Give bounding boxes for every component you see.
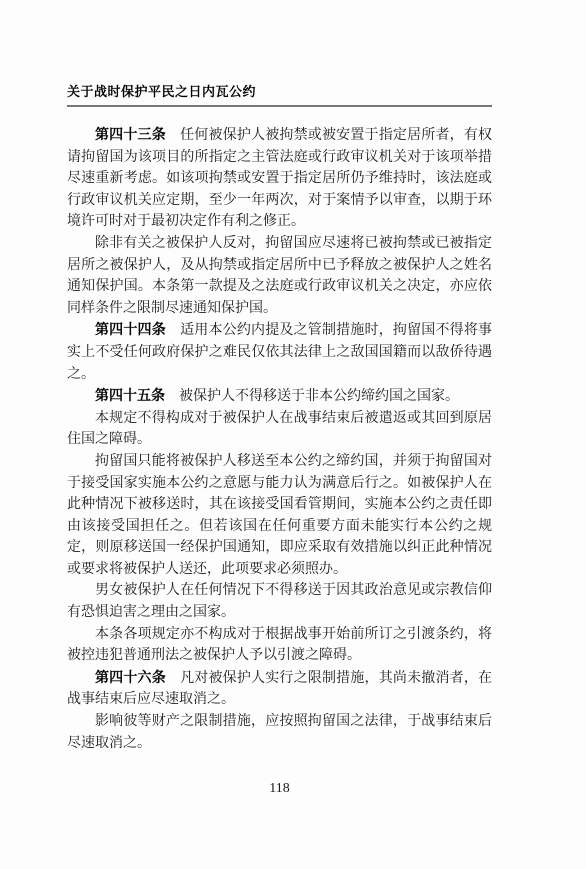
- article-number: 第四十三条: [95, 126, 166, 142]
- document-page: 关于战时保护平民之日内瓦公约 第四十三条 任何被保护人被拘禁或被安置于指定居所者…: [0, 0, 586, 869]
- article-number: 第四十五条: [95, 387, 165, 403]
- running-header: 关于战时保护平民之日内瓦公约: [67, 85, 492, 107]
- paragraph: 除非有关之被保护人反对，拘留国应尽速将已被拘禁或已被指定居所之被保护人，及从拘禁…: [67, 233, 492, 319]
- article-number: 第四十六条: [95, 669, 166, 685]
- paragraph: 第四十三条 任何被保护人被拘禁或被安置于指定居所者，有权请拘留国为该项目的所指定…: [67, 124, 492, 233]
- paragraph: 第四十四条 适用本公约内提及之管制措施时，拘留国不得将事实上不受任何政府保护之难…: [67, 319, 492, 385]
- paragraph: 第四十六条 凡对被保护人实行之限制措施，其尚未撤消者，在战事结束后应尽速取消之。: [67, 667, 492, 711]
- document-body: 第四十三条 任何被保护人被拘禁或被安置于指定居所者，有权请拘留国为该项目的所指定…: [67, 124, 492, 754]
- paragraph: 男女被保护人在任何情况下不得移送于因其政治意见或宗教信仰有恐惧迫害之理由之国家。: [67, 580, 492, 623]
- paragraph: 影响彼等财产之限制措施，应按照拘留国之法律，于战事结束后尽速取消之。: [67, 711, 492, 754]
- paragraph: 拘留国只能将被保护人移送至本公约之缔约国，并须于拘留国对于接受国家实施本公约之意…: [67, 451, 492, 581]
- paragraph: 本规定不得构成对于被保护人在战事结束后被遣返或其回到原居住国之障碍。: [67, 408, 492, 451]
- page-number: 118: [67, 782, 492, 796]
- paragraph: 第四十五条 被保护人不得移送于非本公约缔约国之国家。: [67, 385, 492, 408]
- article-number: 第四十四条: [95, 321, 166, 337]
- paragraph: 本条各项规定亦不构成对于根据战事开始前所订之引渡条约，将被控违犯普通刑法之被保护…: [67, 624, 492, 667]
